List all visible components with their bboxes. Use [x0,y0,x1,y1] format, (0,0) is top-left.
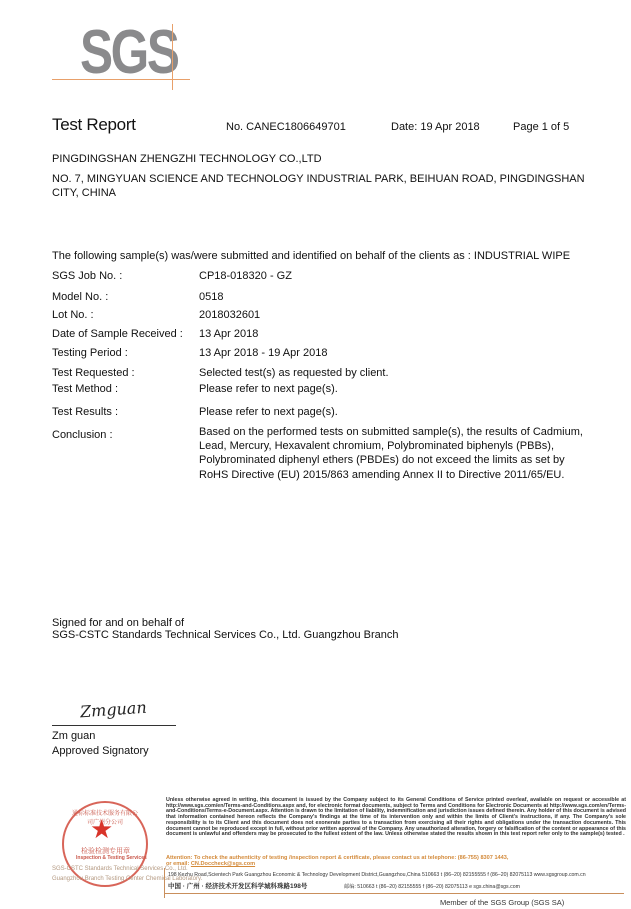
field-label-date-received: Date of Sample Received : [52,327,183,341]
field-value-date-received: 13 Apr 2018 [199,327,258,341]
field-value-model-no: 0518 [199,290,223,304]
document-title: Test Report [52,115,136,135]
email-link[interactable]: CN.Doccheck@sgs.com [191,861,255,867]
field-value-testing-period: 13 Apr 2018 - 19 Apr 2018 [199,346,327,360]
field-value-lot-no: 2018032601 [199,308,260,322]
star-icon: ★ [90,816,113,842]
field-label-conclusion: Conclusion : [52,428,113,442]
authenticity-email: or email: CN.Doccheck@sgs.com [166,861,255,867]
conclusion-text: Based on the performed tests on submitte… [199,425,599,482]
signature-line [52,725,176,726]
field-label-test-requested: Test Requested : [52,366,135,380]
sample-intro: The following sample(s) was/were submitt… [52,249,570,263]
client-address-line1: NO. 7, MINGYUAN SCIENCE AND TECHNOLOGY I… [52,172,585,186]
seal-en-text: Inspection & Testing Services [76,855,147,861]
page-indicator: Page 1 of 5 [513,121,569,133]
conclusion-line: Lead, Mercury, Hexavalent chromium, Poly… [199,439,599,453]
field-label-lot-no: Lot No. : [52,308,94,322]
field-label-test-results: Test Results : [52,405,118,419]
signatory-name: Zm guan [52,729,95,743]
field-value-test-requested: Selected test(s) as requested by client. [199,366,389,380]
client-name: PINGDINGSHAN ZHENGZHI TECHNOLOGY CO.,LTD [52,152,322,166]
field-value-test-results: Please refer to next page(s). [199,405,338,419]
address-cn: 中国 · 广州 · 经济技术开发区科学城科珠路198号 [168,881,307,890]
signoff-company: SGS-CSTC Standards Technical Services Co… [52,628,398,642]
email-prefix: or email: [166,861,191,867]
client-address-line2: CITY, CHINA [52,186,116,200]
conclusion-line: Polybrominated diphenyl ethers (PBDEs) d… [199,453,599,467]
conclusion-line: Based on the performed tests on submitte… [199,425,599,439]
signatory-role: Approved Signatory [52,744,149,758]
address-en: 198 Kezhu Road,Scientech Park Guangzhou … [168,872,586,878]
report-number: No. CANEC1806649701 [226,121,346,133]
sgs-group-member: Member of the SGS Group (SGS SA) [440,898,564,907]
field-label-job-no: SGS Job No. : [52,269,122,283]
report-date: Date: 19 Apr 2018 [391,121,480,133]
field-label-model-no: Model No. : [52,290,108,304]
logo-vertical-rule [172,24,173,90]
sgs-logo: SGS [80,22,178,84]
field-value-job-no: CP18-018320 - GZ [199,269,292,283]
field-label-test-method: Test Method : [52,382,118,396]
address-cn-contact: 邮编: 510663 t (86–20) 82155555 f (86–20) … [344,883,520,890]
signature: Zmguan [79,698,147,722]
conclusion-line: RoHS Directive (EU) 2015/863 amending An… [199,468,599,482]
field-label-testing-period: Testing Period : [52,346,128,360]
terms-and-conditions: Unless otherwise agreed in writing, this… [166,798,626,838]
logo-horizontal-rule [52,79,190,80]
footer-horizontal-rule [164,893,624,894]
field-value-test-method: Please refer to next page(s). [199,382,338,396]
